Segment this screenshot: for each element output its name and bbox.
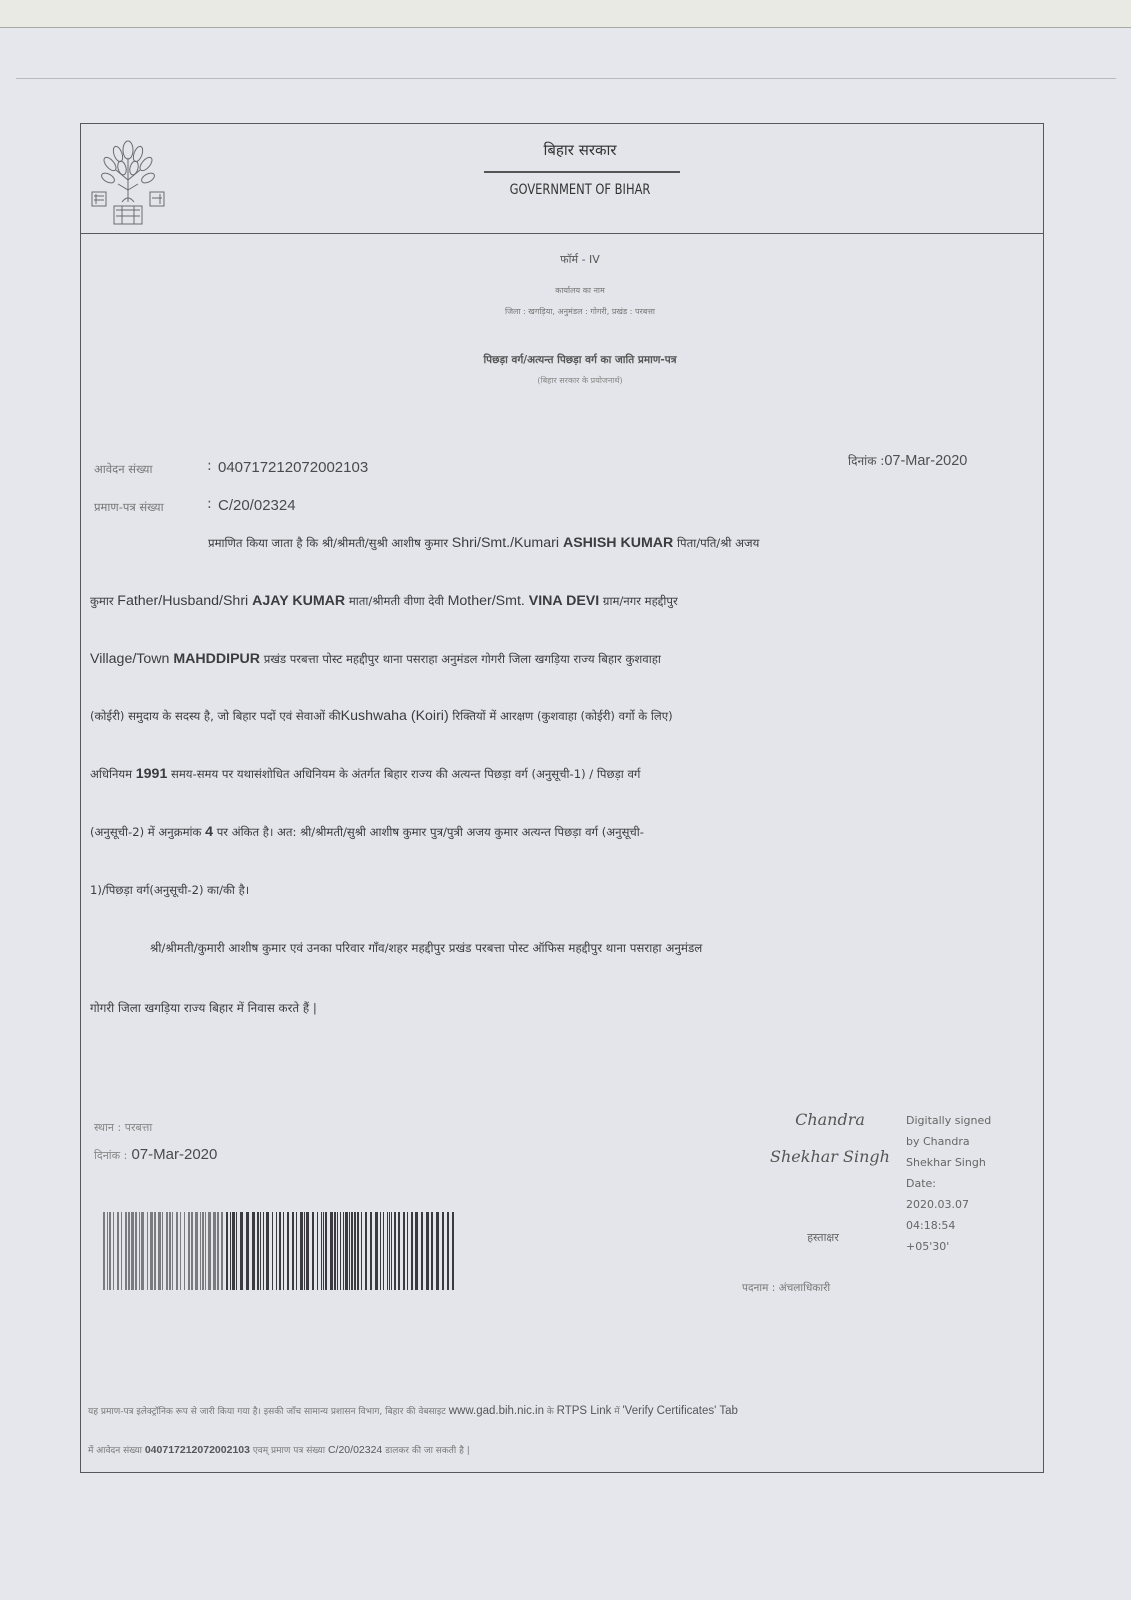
certificate-subtitle: (बिहार सरकार के प्रयोजनार्थ) (430, 375, 730, 386)
rtps-link: RTPS Link (557, 1405, 612, 1417)
issue-date-label: दिनांक : (94, 1149, 127, 1162)
certificate-no-label: प्रमाण-पत्र संख्या (94, 500, 164, 515)
body-line: Village/Town MAHDDIPUR प्रखंड परबत्ता पो… (90, 651, 661, 667)
body-line: प्रमाणित किया जाता है कि श्री/श्रीमती/सु… (208, 535, 759, 551)
office-name-label: कार्यालय का नाम (430, 285, 730, 296)
application-no-label: आवेदन संख्या (94, 462, 152, 477)
issue-place: स्थान : परबत्ता (94, 1120, 152, 1135)
application-no-value: 040717212072002103 (218, 459, 368, 476)
header-rule (484, 171, 680, 173)
certificate-no-separator: : (207, 496, 212, 512)
signature-first-name: Chandra (755, 1110, 905, 1129)
footer-certificate-no: C/20/02324 (328, 1444, 382, 1456)
digital-signature-line: Shekhar Singh (906, 1156, 986, 1169)
signature-last-name: Shekhar Singh (755, 1147, 905, 1166)
digital-signature-line: +05'30' (906, 1240, 949, 1253)
certificate-title: पिछड़ा वर्ग/अत्यन्त पिछड़ा वर्ग का जाति … (380, 353, 780, 367)
body-line: कुमार Father/Husband/Shri AJAY KUMAR मात… (90, 593, 678, 609)
date-value: 07-Mar-2020 (884, 453, 967, 469)
residence-line: गोगरी जिला खगड़िया राज्य बिहार में निवास… (90, 1000, 317, 1016)
header-title-hindi: बिहार सरकार (480, 140, 680, 160)
office-location: जिला : खगड़िया, अनुमंडल : गोगरी, प्रखंड … (380, 306, 780, 317)
issue-date-bottom: दिनांक : 07-Mar-2020 (94, 1146, 217, 1163)
verification-url[interactable]: www.gad.bih.nic.in (449, 1405, 544, 1417)
barcode-icon (103, 1212, 459, 1290)
footer-application-no: 040717212072002103 (145, 1444, 250, 1456)
body-line: अधिनियम 1991 समय-समय पर यथासंशोधित अधिनि… (90, 766, 640, 782)
scanner-edge (0, 0, 1131, 28)
issue-date-value: 07-Mar-2020 (127, 1146, 217, 1163)
digital-signature-line: Date: (906, 1177, 936, 1190)
digital-signature-line: 04:18:54 (906, 1219, 955, 1232)
body-line: 1)/पिछड़ा वर्ग(अनुसूची-2) का/की है। (90, 882, 249, 898)
designation: पदनाम : अंचलाधिकारी (742, 1281, 830, 1295)
form-number: फॉर्म - IV (480, 252, 680, 267)
residence-line: श्री/श्रीमती/कुमारी आशीष कुमार एवं उनका … (150, 940, 702, 956)
digital-signature-line: by Chandra (906, 1135, 970, 1148)
footer-verification-line-2: में आवेदन संख्या 040717212072002103 एवम्… (88, 1443, 470, 1456)
certificate-no-value: C/20/02324 (218, 497, 296, 514)
date-label: दिनांक : (848, 454, 884, 468)
header-title-english: GOVERNMENT OF BIHAR (498, 182, 662, 198)
page-edge-line (16, 78, 1116, 79)
digital-signature-line: Digitally signed (906, 1114, 991, 1127)
body-line: (अनुसूची-2) में अनुक्रमांक 4 पर अंकित है… (90, 824, 644, 840)
signature-label: हस्ताक्षर (768, 1230, 878, 1245)
header-divider (80, 233, 1044, 234)
application-no-separator: : (207, 458, 212, 474)
digital-signature-line: 2020.03.07 (906, 1198, 969, 1211)
footer-verification-line-1: यह प्रमाण-पत्र इलेक्ट्रॉनिक रूप से जारी … (88, 1404, 738, 1417)
bihar-emblem-icon (88, 136, 168, 228)
verify-certificates-tab: 'Verify Certificates' Tab (622, 1405, 737, 1417)
body-line: (कोईरी) समुदाय के सदस्य है, जो बिहार पदो… (90, 708, 673, 724)
issue-date-top: दिनांक :07-Mar-2020 (848, 452, 967, 469)
